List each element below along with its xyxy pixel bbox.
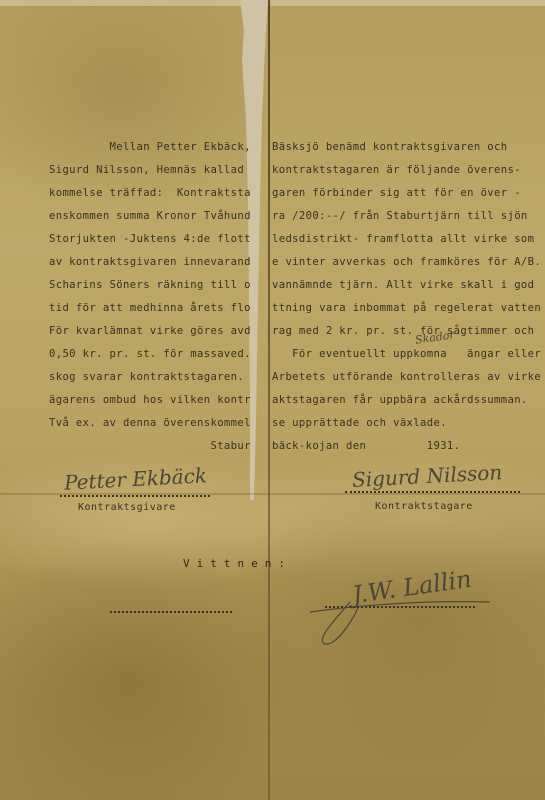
paper-top-edge: [0, 0, 545, 6]
typed-line: aktstagaren får uppbära ackårdssumman.: [272, 394, 528, 406]
typed-line: se upprättade och växlade.: [272, 417, 447, 429]
typed-line: Mellan Petter Ekbäck,: [49, 141, 251, 153]
taker-label: Kontraktstagare: [375, 501, 473, 512]
typed-line: garen förbinder sig att för en över -: [272, 187, 521, 199]
typed-line: För eventuellt uppkomna ängar eller: [272, 348, 541, 360]
typed-line: ledsdistrikt- framflotta allt virke som: [272, 233, 534, 245]
typed-line: Arbetets utförande kontrolleras av virke: [272, 371, 541, 383]
typed-line: ra /200:--/ från Staburtjärn till sjön: [272, 210, 528, 222]
typed-line: Sigurd Nilsson, Hemnäs kallad: [49, 164, 244, 176]
giver-label: Kontraktsgivare: [78, 502, 176, 513]
typed-line: ägarens ombud hos vilken kontr: [49, 394, 251, 406]
typed-line: För kvarlämnat virke göres avd: [49, 325, 251, 337]
typed-line: Bäsksjö benämd kontraktsgivaren och: [272, 141, 507, 153]
typed-line: 0,50 kr. pr. st. för massaved.: [49, 348, 251, 360]
typed-line: bäck-kojan den 1931.: [272, 440, 460, 452]
signature-flourish: [300, 590, 500, 650]
typed-line: kommelse träffad: Kontraktsta: [49, 187, 251, 199]
typed-line: e vinter avverkas och framköres för A/B.: [272, 256, 541, 268]
typed-line: ttning vara inbommat på regelerat vatten: [272, 302, 541, 314]
typed-line: Två ex. av denna överenskommel: [49, 417, 251, 429]
typed-line: Storjukten -Juktens 4:de flott: [49, 233, 251, 245]
taker-signature-line: [345, 491, 520, 493]
typed-line: kontraktstagaren är följande överens-: [272, 164, 521, 176]
vertical-fold: [268, 0, 270, 800]
typed-line: rag med 2 kr. pr. st. för sågtimmer och: [272, 325, 534, 337]
witness-heading: Vittnen:: [183, 557, 292, 570]
typed-line: tid för att medhinna årets flo: [49, 302, 251, 314]
typed-line: vannämnde tjärn. Allt virke skall i god: [272, 279, 534, 291]
giver-signature-line: [60, 495, 210, 497]
typed-line: av kontraktsgivaren innevarand: [49, 256, 251, 268]
typed-line: skog svarar kontraktstagaren.: [49, 371, 244, 383]
typed-line: Scharins Söners räkning till o: [49, 279, 251, 291]
witness-line-left: [110, 611, 232, 613]
typed-line: enskommen summa Kronor Tvåhund: [49, 210, 251, 222]
typed-line: Stabur: [49, 440, 251, 452]
